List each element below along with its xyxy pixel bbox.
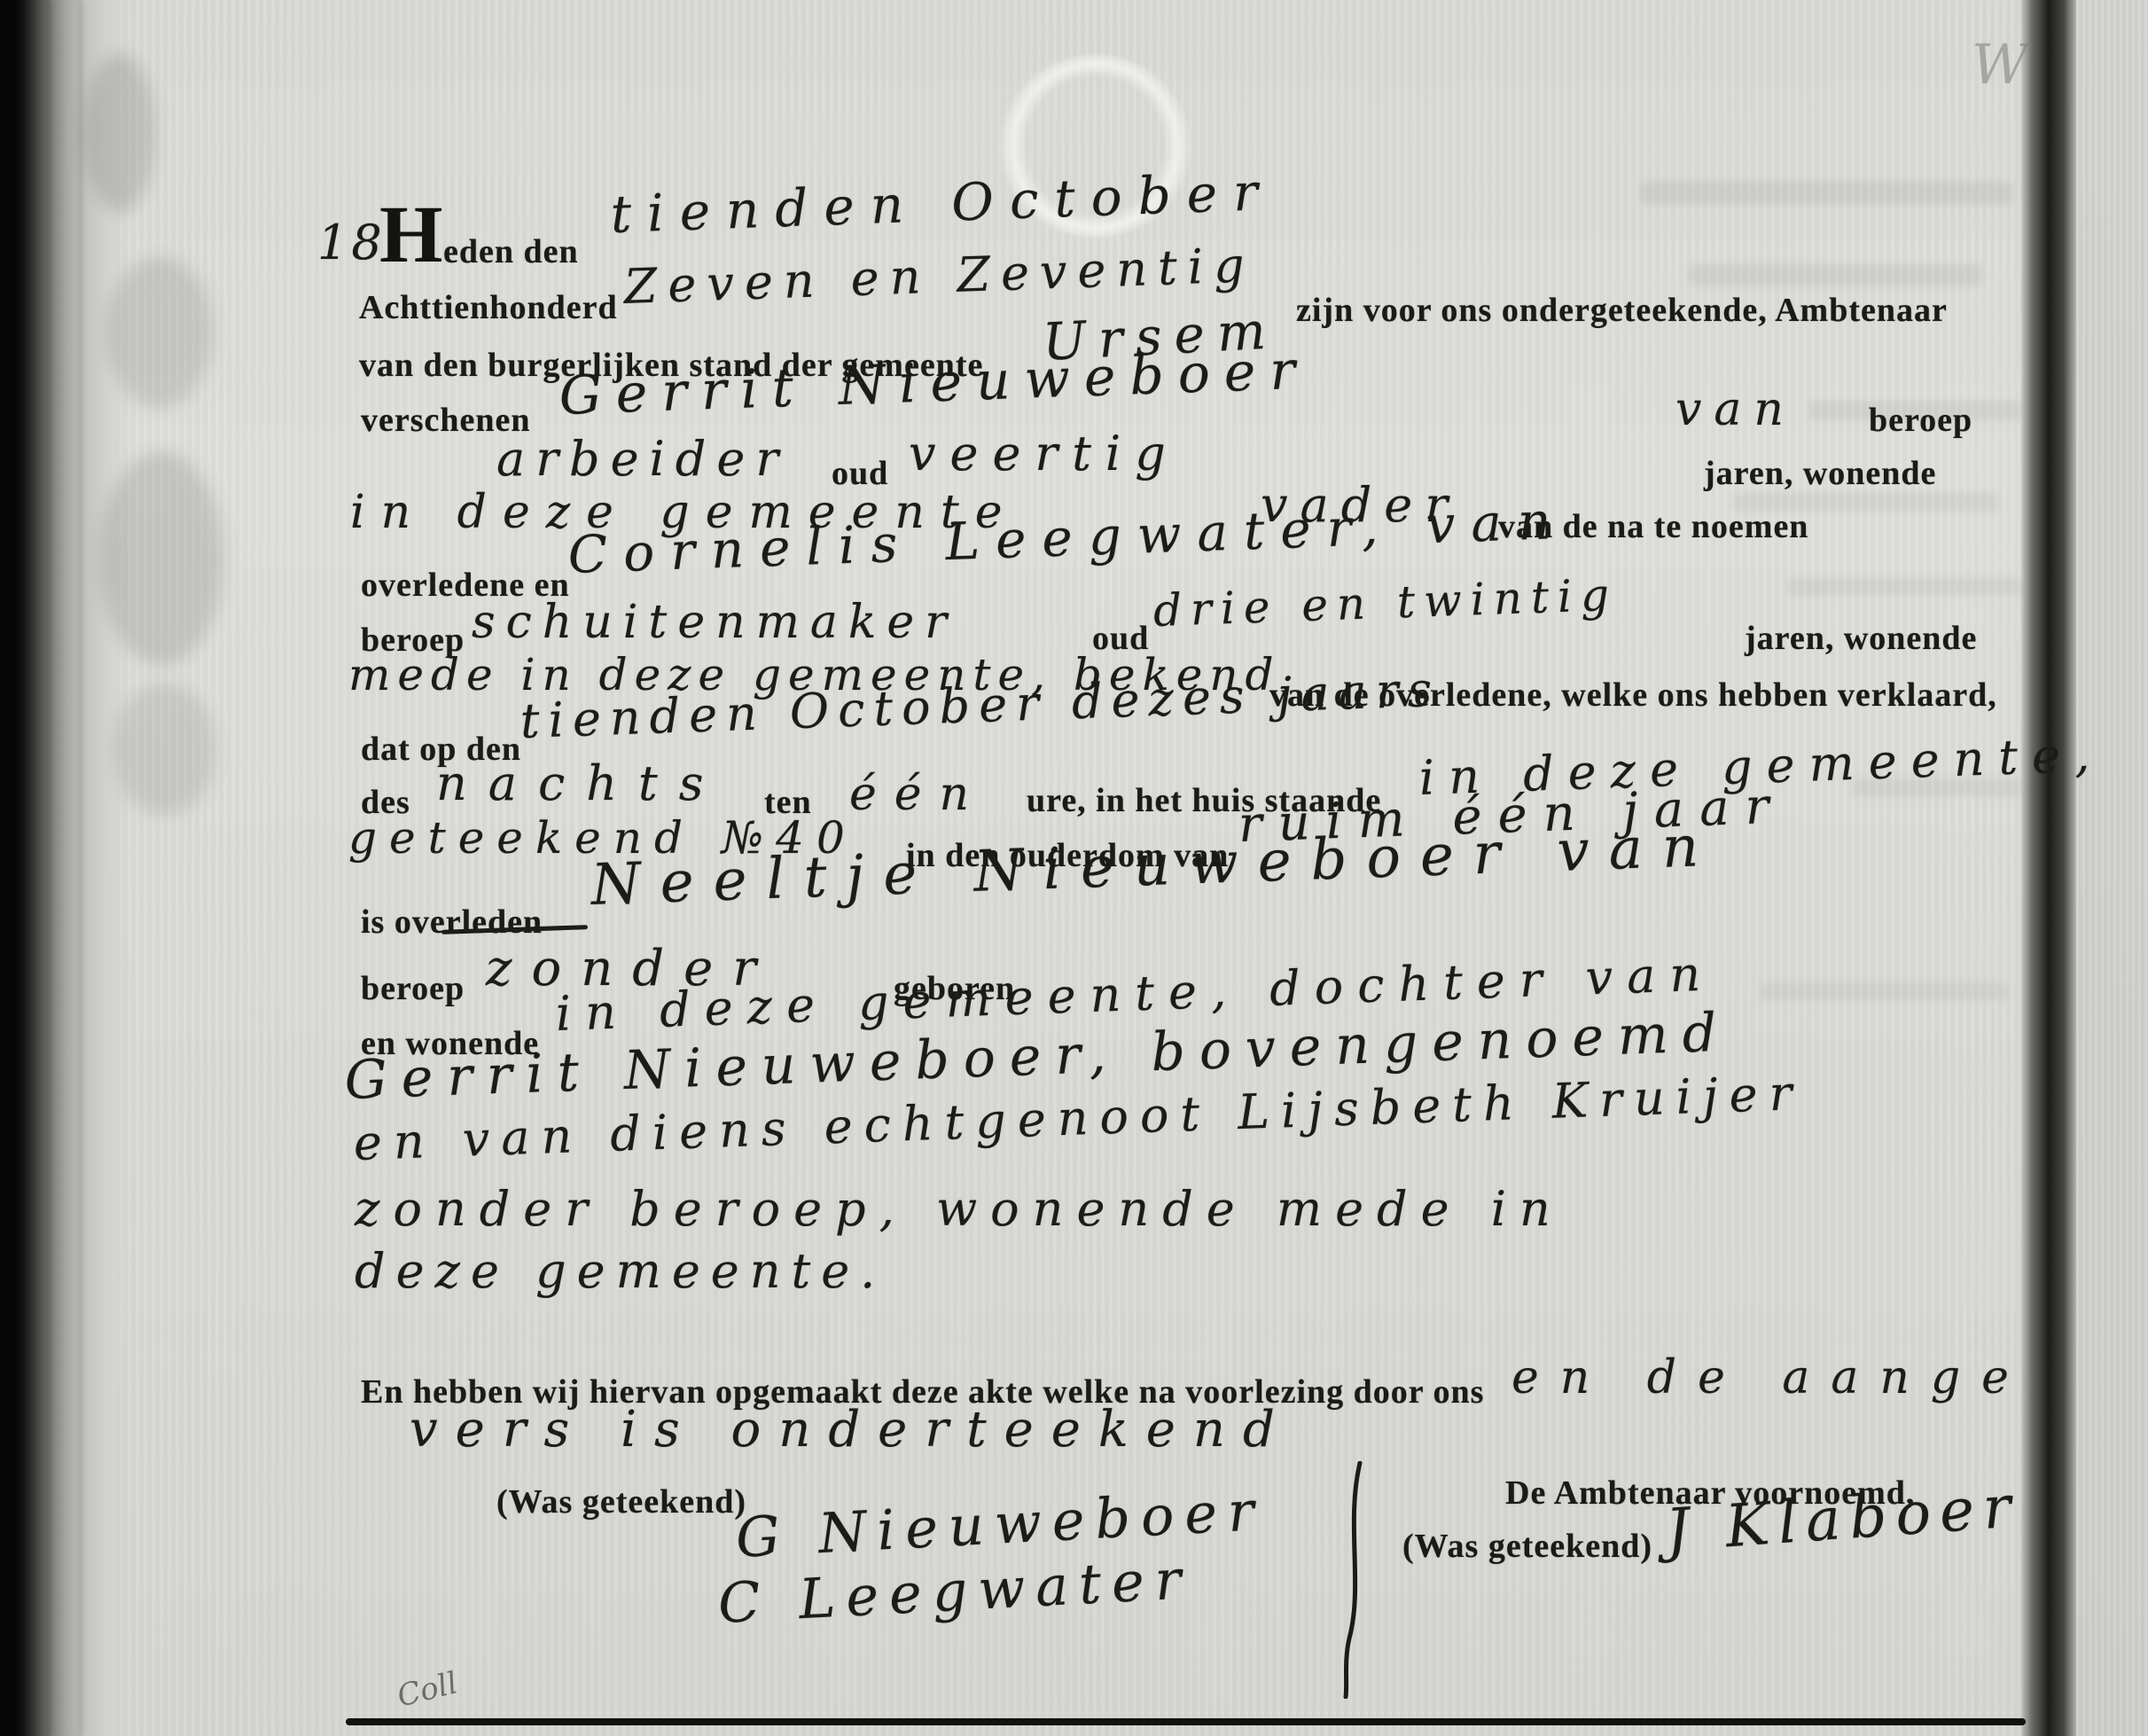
script-closing-2: vers is onderteekend — [410, 1401, 1293, 1458]
printed-achttienhonderd: Achttienhonderd — [359, 288, 618, 327]
bleed-smudge — [106, 257, 213, 408]
printed-jaren-wonende-2: jaren, wonende — [1745, 619, 1977, 658]
bleed-smudge — [84, 53, 155, 213]
printed-beroep-1: beroep — [1869, 401, 1972, 440]
script-declarant2-age: drie en twintig — [1152, 569, 1619, 637]
script-mother-residence: deze gemeente. — [355, 1243, 886, 1299]
script-declarant1-age: veertig — [909, 426, 1180, 481]
script-declarant2-occupation: schuitenmaker — [472, 596, 957, 649]
book-spine — [0, 0, 133, 1736]
script-hour: één — [849, 768, 987, 821]
printed-beroep-3: beroep — [361, 969, 465, 1008]
coll-mark: Coll — [394, 1665, 461, 1714]
pen-brace — [1337, 1461, 1372, 1699]
death-certificate-scan: W 18. H eden den tienden October Achttie… — [0, 0, 2148, 1736]
bleed-text-ghost — [1640, 182, 2012, 205]
printed-was-geteekend-right: (Was geteekend) — [1402, 1527, 1652, 1566]
printed-was-geteekend-left: (Was geteekend) — [496, 1482, 746, 1521]
adjacent-page — [2076, 0, 2148, 1736]
page-edge-shadow — [2019, 0, 2076, 1736]
spine-streak — [46, 0, 51, 1736]
script-declarant1-occupation: arbeider — [496, 431, 789, 487]
spine-streak — [78, 0, 83, 1736]
bleed-smudge — [99, 452, 223, 665]
printed-heden-rest: eden den — [443, 232, 579, 271]
bottom-rule — [346, 1718, 2026, 1725]
bleed-smudge — [113, 683, 215, 816]
script-time-of-day: nachts — [436, 755, 724, 811]
script-mother-occupation: zonder beroep, wonende mede in — [355, 1181, 1564, 1237]
printed-jaren-wonende-1: jaren, wonende — [1704, 454, 1936, 493]
printed-is-overleden: is overleden — [361, 903, 543, 942]
printed-zijn-voor-ons: zijn voor ons ondergeteekende, Ambtenaar — [1296, 291, 1948, 330]
bleed-text-ghost — [1786, 578, 2021, 596]
script-closing-1: en de aange — [1511, 1351, 2030, 1404]
bleed-text-ghost — [1689, 264, 1981, 285]
corner-mark: W — [1972, 32, 2028, 97]
script-year: Zeven en Zeventig — [623, 237, 1256, 315]
bleed-text-ghost — [1760, 982, 2008, 1000]
script-van: van — [1675, 383, 1796, 436]
script-act-date: tienden October — [610, 161, 1275, 245]
dropcap-heden: H — [379, 202, 443, 268]
